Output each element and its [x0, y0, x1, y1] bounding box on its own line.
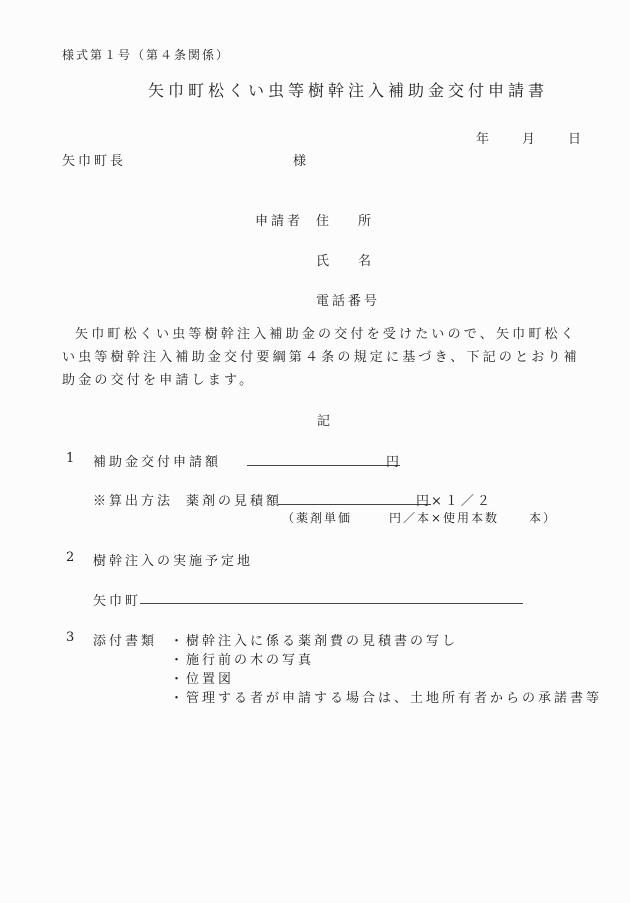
applicant-label: 申請者 — [255, 210, 303, 229]
estimate-label: 薬剤の見積額 — [186, 490, 282, 509]
item-3-label: 添付書類 — [93, 630, 157, 649]
count-detail-unit: 本） — [529, 509, 557, 526]
half-multiplier: ×１／２ — [431, 490, 493, 509]
phone-label: 電話番号 — [316, 290, 380, 309]
estimate-unit: 円 — [416, 490, 432, 509]
ki-label: 記 — [317, 410, 333, 429]
location-field[interactable] — [140, 603, 523, 604]
day-label: 日 — [568, 128, 584, 147]
calc-method-label: ※算出方法 — [93, 490, 173, 509]
addressee-honorific: 様 — [293, 150, 309, 169]
item-3-number: 3 — [66, 630, 77, 645]
attachment-item: ・管理する者が申請する場合は、土地所有者からの承諾書等 — [170, 687, 602, 706]
subsidy-amount-field[interactable] — [247, 465, 400, 466]
addressee-name: 矢巾町長 — [62, 150, 126, 169]
month-label: 月 — [522, 128, 538, 147]
item-1-label: 補助金交付申請額 — [93, 451, 221, 470]
address-label: 住 所 — [316, 210, 372, 229]
location-prefix: 矢巾町 — [93, 590, 141, 609]
form-number: 様式第１号（第４条関係） — [62, 46, 230, 63]
unit-price-detail-unit: 円／本×使用本数 — [389, 509, 499, 526]
year-label: 年 — [476, 128, 492, 147]
item-2-number: 2 — [66, 550, 77, 565]
attachment-item: ・樹幹注入に係る薬剤費の見積書の写し — [170, 630, 458, 649]
item-1-unit: 円 — [386, 451, 402, 470]
name-label: 氏 名 — [316, 250, 372, 269]
page-title: 矢巾町松くい虫等樹幹注入補助金交付申請書 — [148, 78, 548, 101]
attachment-item: ・位置図 — [170, 668, 234, 687]
body-paragraph: 矢巾町松くい虫等樹幹注入補助金の交付を受けたいので、矢巾町松くい虫等樹幹注入補助… — [62, 323, 587, 392]
estimate-amount-field[interactable] — [278, 504, 431, 505]
item-1-number: 1 — [66, 451, 77, 466]
unit-price-detail-open: （薬剤単価 — [282, 509, 352, 526]
item-2-label: 樹幹注入の実施予定地 — [93, 550, 253, 569]
attachment-item: ・施行前の木の写真 — [170, 649, 314, 668]
